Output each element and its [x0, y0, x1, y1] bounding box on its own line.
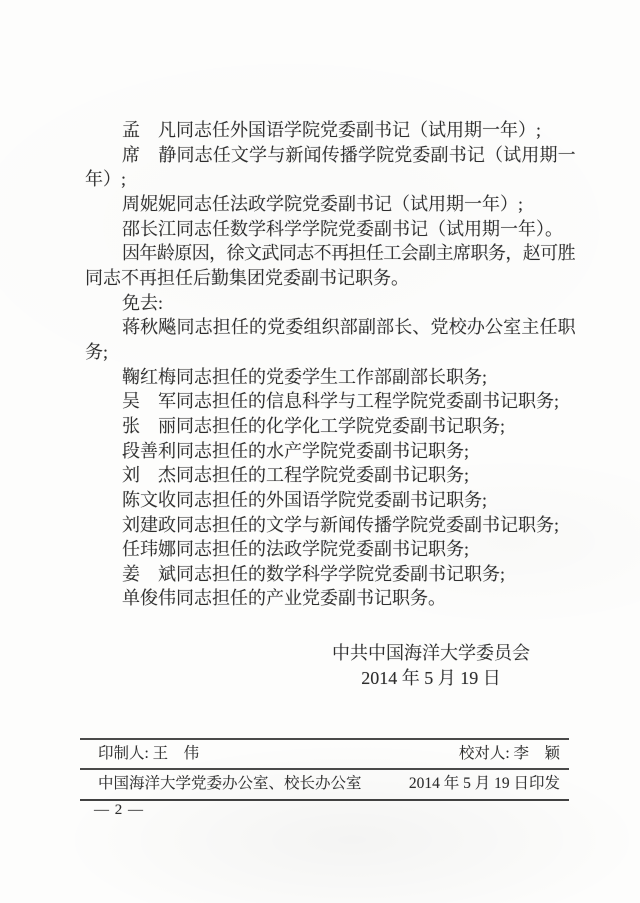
footer-colophon-row-2: 中国海洋大学党委办公室、校长办公室 2014 年 5 月 19 日印发: [98, 773, 560, 795]
issuing-offices: 中国海洋大学党委办公室、校长办公室: [98, 773, 362, 795]
document-line: 因年龄原因，徐文武同志不再担任工会副主席职务，赵可胜: [85, 241, 575, 266]
document-line: 年）;: [85, 167, 575, 192]
document-line: 任玮娜同志担任的法政学院党委副书记职务;: [85, 537, 575, 562]
document-line: 席 静同志任文学与新闻传播学院党委副书记（试用期一: [85, 143, 575, 168]
scanned-document-page: 孟 凡同志任外国语学院党委副书记（试用期一年）; 席 静同志任文学与新闻传播学院…: [0, 0, 640, 903]
document-line: 刘建政同志担任的文学与新闻传播学院党委副书记职务;: [85, 513, 575, 538]
printer-info: 印制人: 王 伟: [98, 743, 199, 765]
document-line: 单俊伟同志担任的产业党委副书记职务。: [85, 586, 575, 611]
proofreader-info: 校对人: 李 颖: [459, 743, 560, 765]
page-number: — 2 —: [94, 802, 144, 819]
print-date: 2014 年 5 月 19 日印发: [409, 773, 560, 795]
document-body: 孟 凡同志任外国语学院党委副书记（试用期一年）; 席 静同志任文学与新闻传播学院…: [85, 118, 575, 611]
document-line: 段善利同志担任的水产学院党委副书记职务;: [85, 439, 575, 464]
document-line: 蒋秋飚同志担任的党委组织部副部长、党校办公室主任职: [85, 315, 575, 340]
signature-block: 中共中国海洋大学委员会 2014 年 5 月 19 日: [300, 641, 562, 691]
signature-date: 2014 年 5 月 19 日: [300, 666, 562, 691]
document-line: 吴 军同志担任的信息科学与工程学院党委副书记职务;: [85, 389, 575, 414]
document-line: 刘 杰同志担任的工程学院党委副书记职务;: [85, 463, 575, 488]
document-line: 周妮妮同志任法政学院党委副书记（试用期一年）;: [85, 192, 575, 217]
document-line: 张 丽同志担任的化学化工学院党委副书记职务;: [85, 414, 575, 439]
issuing-committee: 中共中国海洋大学委员会: [300, 641, 562, 666]
document-line: 孟 凡同志任外国语学院党委副书记（试用期一年）;: [85, 118, 575, 143]
footer-rule-middle: [80, 768, 569, 770]
footer-rule-top: [80, 738, 569, 740]
document-line: 邵长江同志任数学科学学院党委副书记（试用期一年）。: [85, 217, 575, 242]
footer-colophon-row-1: 印制人: 王 伟 校对人: 李 颖: [98, 743, 560, 765]
document-line: 同志不再担任后勤集团党委副书记职务。: [85, 266, 575, 291]
footer-rule-bottom: [80, 799, 569, 801]
document-line: 陈文收同志担任的外国语学院党委副书记职务;: [85, 488, 575, 513]
document-line: 姜 斌同志担任的数学科学学院党委副书记职务;: [85, 562, 575, 587]
document-line: 鞠红梅同志担任的党委学生工作部副部长职务;: [85, 365, 575, 390]
document-line: 免去:: [85, 291, 575, 316]
document-line: 务;: [85, 340, 575, 365]
